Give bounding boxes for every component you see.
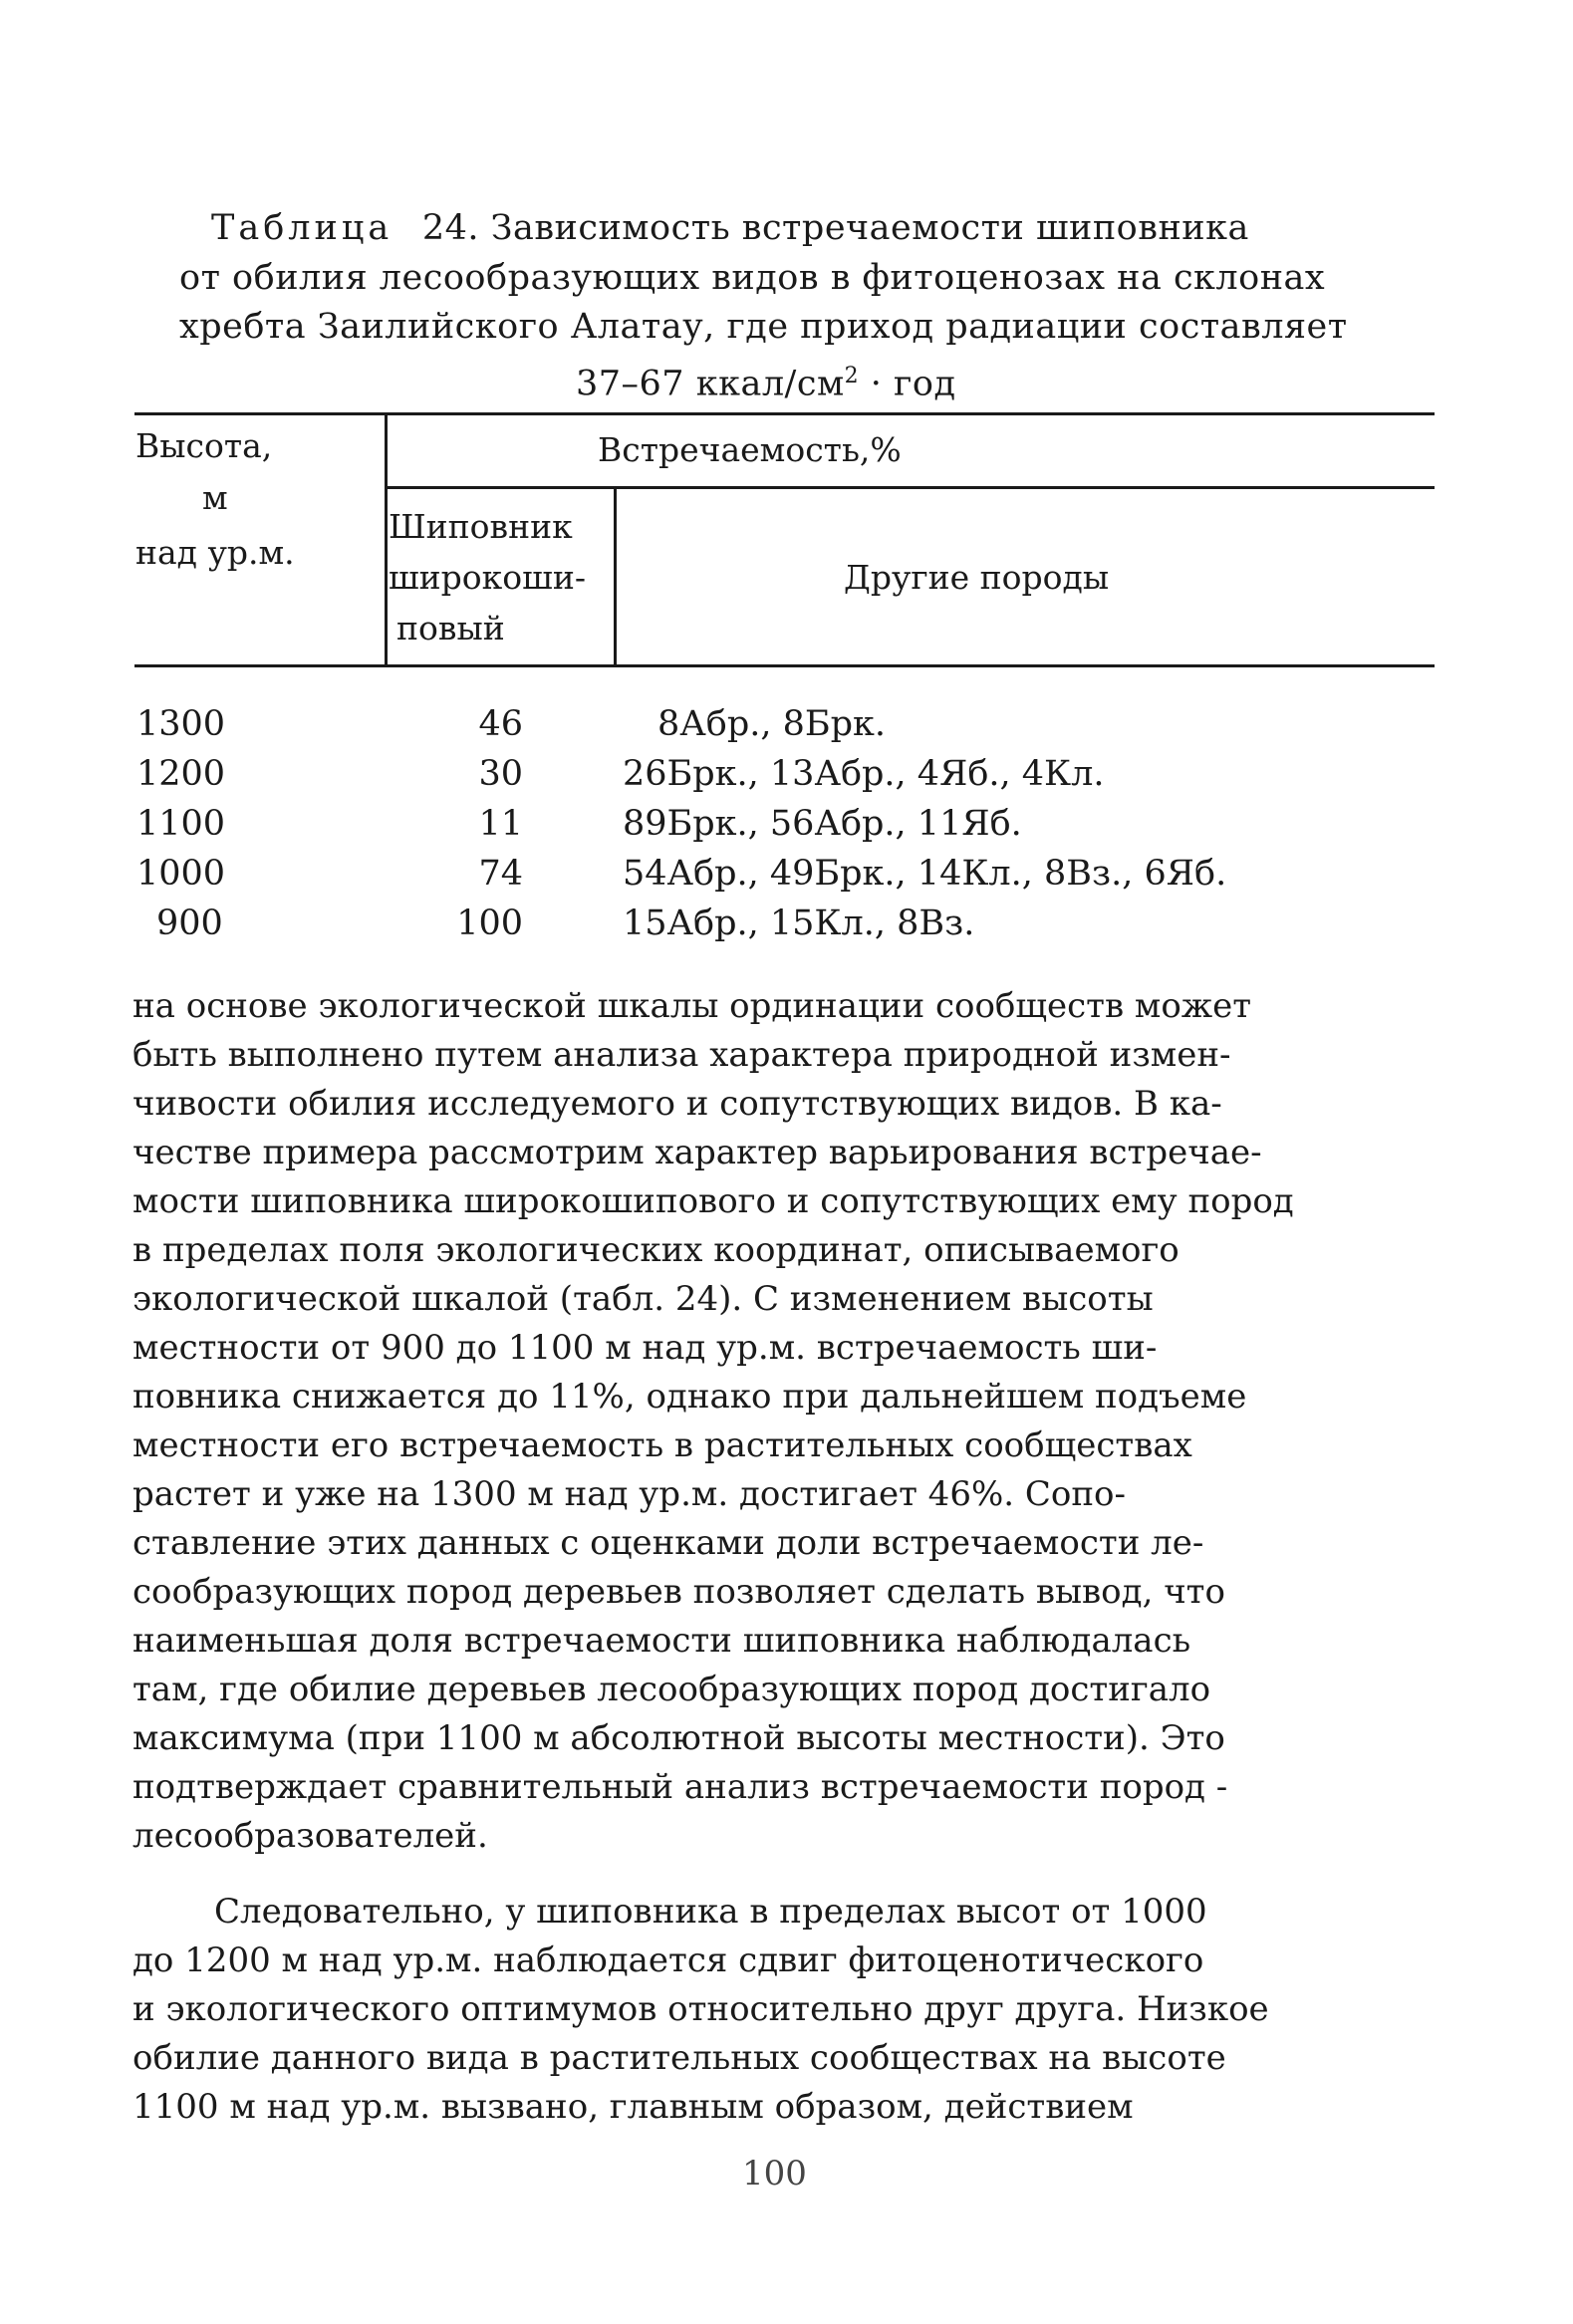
body-line: экологической шкалой (табл. 24). С измен… — [132, 1275, 1154, 1324]
caption-unit-year: · год — [859, 365, 955, 404]
cell-rose-occurrence: 74 — [478, 849, 523, 899]
cell-other-species: 26Брк., 13Абр., 4Яб., 4Кл. — [623, 749, 1105, 799]
caption-line-1: Таблица 24. Зависимость встречаемости ши… — [211, 204, 1249, 253]
body-line: до 1200 м над ур.м. наблюдается сдвиг фи… — [132, 1937, 1203, 1985]
header-rose-line2: широкоши- — [389, 558, 586, 598]
header-occurrence: Встречаемость,% — [598, 430, 902, 470]
cell-rose-occurrence: 11 — [478, 799, 523, 849]
cell-other-species: 15Абр., 15Кл., 8Вз. — [623, 899, 974, 948]
header-rose-line3: повый — [396, 609, 505, 648]
caption-radiation-value: 37–67 ккал/см — [576, 365, 845, 404]
caption-label: Таблица — [211, 208, 393, 248]
header-height-line3: над ур.м. — [135, 533, 295, 573]
body-line: местности от 900 до 1100 м над ур.м. вст… — [132, 1324, 1157, 1373]
body-line: и экологического оптимумов относительно … — [132, 1985, 1269, 2034]
table-vline-2 — [614, 488, 617, 666]
page-number: 100 — [742, 2154, 807, 2194]
caption-superscript: 2 — [845, 364, 860, 388]
body-line: честве примера рассмотрим характер варьи… — [132, 1129, 1262, 1177]
body-line: мости шиповника широкошипового и сопутст… — [132, 1177, 1294, 1226]
cell-height: 1300 — [136, 699, 225, 749]
header-rose-line1: Шиповник — [389, 507, 573, 547]
body-line: наименьшая доля встречаемости шиповника … — [132, 1617, 1190, 1666]
body-line: ставление этих данных с оценками доли вс… — [132, 1519, 1203, 1568]
table-header-bottom-rule — [134, 664, 1435, 667]
cell-height: 1100 — [136, 799, 225, 849]
table-top-rule — [134, 412, 1435, 415]
caption-line-2: от обилия лесообразующих видов в фитоцен… — [179, 254, 1325, 303]
cell-height: 900 — [156, 899, 223, 948]
cell-height: 1200 — [136, 749, 225, 799]
body-line: подтверждает сравнительный анализ встреч… — [132, 1763, 1227, 1812]
cell-rose-occurrence: 46 — [478, 699, 523, 749]
cell-other-species: 8Абр., 8Брк. — [657, 699, 886, 749]
body-line: 1100 м над ур.м. вызвано, главным образо… — [132, 2083, 1134, 2132]
body-line: быть выполнено путем анализа характера п… — [132, 1031, 1231, 1080]
caption-line-4: 37–67 ккал/см2 · год — [576, 352, 956, 409]
cell-rose-occurrence: 100 — [456, 899, 523, 948]
cell-height: 1000 — [136, 849, 225, 899]
header-height-line2: м — [202, 478, 228, 518]
table-vline-1 — [385, 413, 388, 666]
caption-title-start: Зависимость встречаемости шиповника — [491, 208, 1249, 248]
body-line: в пределах поля экологических координат,… — [132, 1226, 1180, 1275]
body-line: местности его встречаемость в растительн… — [132, 1421, 1192, 1470]
header-height-line1: Высота, — [135, 426, 272, 466]
body-line: Следовательно, у шиповника в пределах вы… — [214, 1888, 1207, 1937]
body-line: максимума (при 1100 м абсолютной высоты … — [132, 1714, 1225, 1763]
table-mid-rule — [386, 486, 1435, 489]
body-line: растет и уже на 1300 м над ур.м. достига… — [132, 1470, 1126, 1519]
caption-number: 24. — [422, 208, 479, 248]
body-line: сообразующих пород деревьев позволяет сд… — [132, 1568, 1225, 1617]
caption-line-3: хребта Заилийского Алатау, где приход ра… — [179, 303, 1348, 352]
body-line: там, где обилие деревьев лесообразующих … — [132, 1666, 1210, 1714]
body-line: повника снижается до 11%, однако при дал… — [132, 1373, 1246, 1421]
body-line: на основе экологической шкалы ординации … — [132, 982, 1251, 1031]
body-line: лесообразователей. — [132, 1812, 488, 1861]
cell-other-species: 54Абр., 49Брк., 14Кл., 8Вз., 6Яб. — [623, 849, 1226, 899]
cell-rose-occurrence: 30 — [478, 749, 523, 799]
body-line: чивости обилия исследуемого и сопутствую… — [132, 1080, 1222, 1129]
cell-other-species: 89Брк., 56Абр., 11Яб. — [623, 799, 1022, 849]
header-other-species: Другие породы — [844, 558, 1109, 598]
body-line: обилие данного вида в растительных сообщ… — [132, 2034, 1226, 2083]
